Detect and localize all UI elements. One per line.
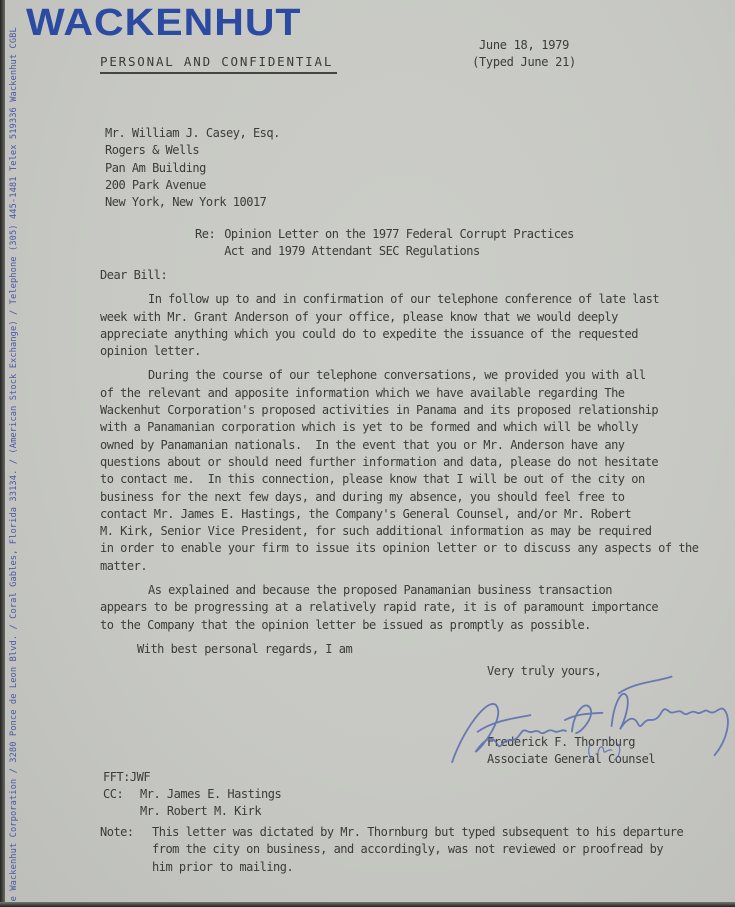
scan-edge-bottom xyxy=(0,902,735,907)
letterhead-sidebar-address: The Wackenhut Corporation / 3280 Ponce d… xyxy=(9,27,19,907)
note-text: This letter was dictated by Mr. Thornbur… xyxy=(152,824,722,876)
cc-names: Mr. James E. Hastings Mr. Robert M. Kirk xyxy=(140,786,710,821)
wackenhut-logo: WACKENHUT xyxy=(26,1,301,44)
valediction: Very truly yours, xyxy=(487,663,601,680)
scan-edge-left xyxy=(0,0,5,907)
recipient-building: Pan Am Building xyxy=(105,160,280,177)
date-block: June 18, 1979 (Typed June 21) xyxy=(448,37,600,71)
typed-date-line: (Typed June 21) xyxy=(448,54,600,71)
recipient-street: 200 Park Avenue xyxy=(105,177,280,194)
recipient-name: Mr. William J. Casey, Esq. xyxy=(105,125,280,142)
paragraph-4: With best personal regards, I am xyxy=(100,641,714,658)
letter-page: WACKENHUT The Wackenhut Corporation / 32… xyxy=(0,0,735,907)
letter-body: Dear Bill: In follow up to and in confir… xyxy=(100,267,714,658)
signer-title: Associate General Counsel xyxy=(487,751,655,768)
paragraph-1: In follow up to and in confirmation of o… xyxy=(100,291,714,360)
date-line: June 18, 1979 xyxy=(448,37,600,54)
note-label: Note: xyxy=(100,824,152,876)
re-subject-text: Opinion Letter on the 1977 Federal Corru… xyxy=(224,226,574,261)
cc-label: CC: xyxy=(103,786,140,821)
paragraph-3: As explained and because the proposed Pa… xyxy=(100,582,714,634)
recipient-city: New York, New York 10017 xyxy=(105,194,280,211)
cc-block: CC: Mr. James E. Hastings Mr. Robert M. … xyxy=(103,786,710,821)
paragraph-2: During the course of our telephone conve… xyxy=(100,367,714,575)
note-block: Note: This letter was dictated by Mr. Th… xyxy=(100,824,722,876)
re-subject-block: Re: Opinion Letter on the 1977 Federal C… xyxy=(195,226,574,261)
recipient-address: Mr. William J. Casey, Esq. Rogers & Well… xyxy=(105,125,280,211)
typist-reference: FFT:JWF xyxy=(103,769,150,786)
signer-name: Frederick F. Thornburg xyxy=(487,734,635,751)
recipient-firm: Rogers & Wells xyxy=(105,142,280,159)
salutation: Dear Bill: xyxy=(100,267,714,284)
confidential-label: PERSONAL AND CONFIDENTIAL xyxy=(100,54,337,74)
re-label: Re: xyxy=(195,226,215,261)
